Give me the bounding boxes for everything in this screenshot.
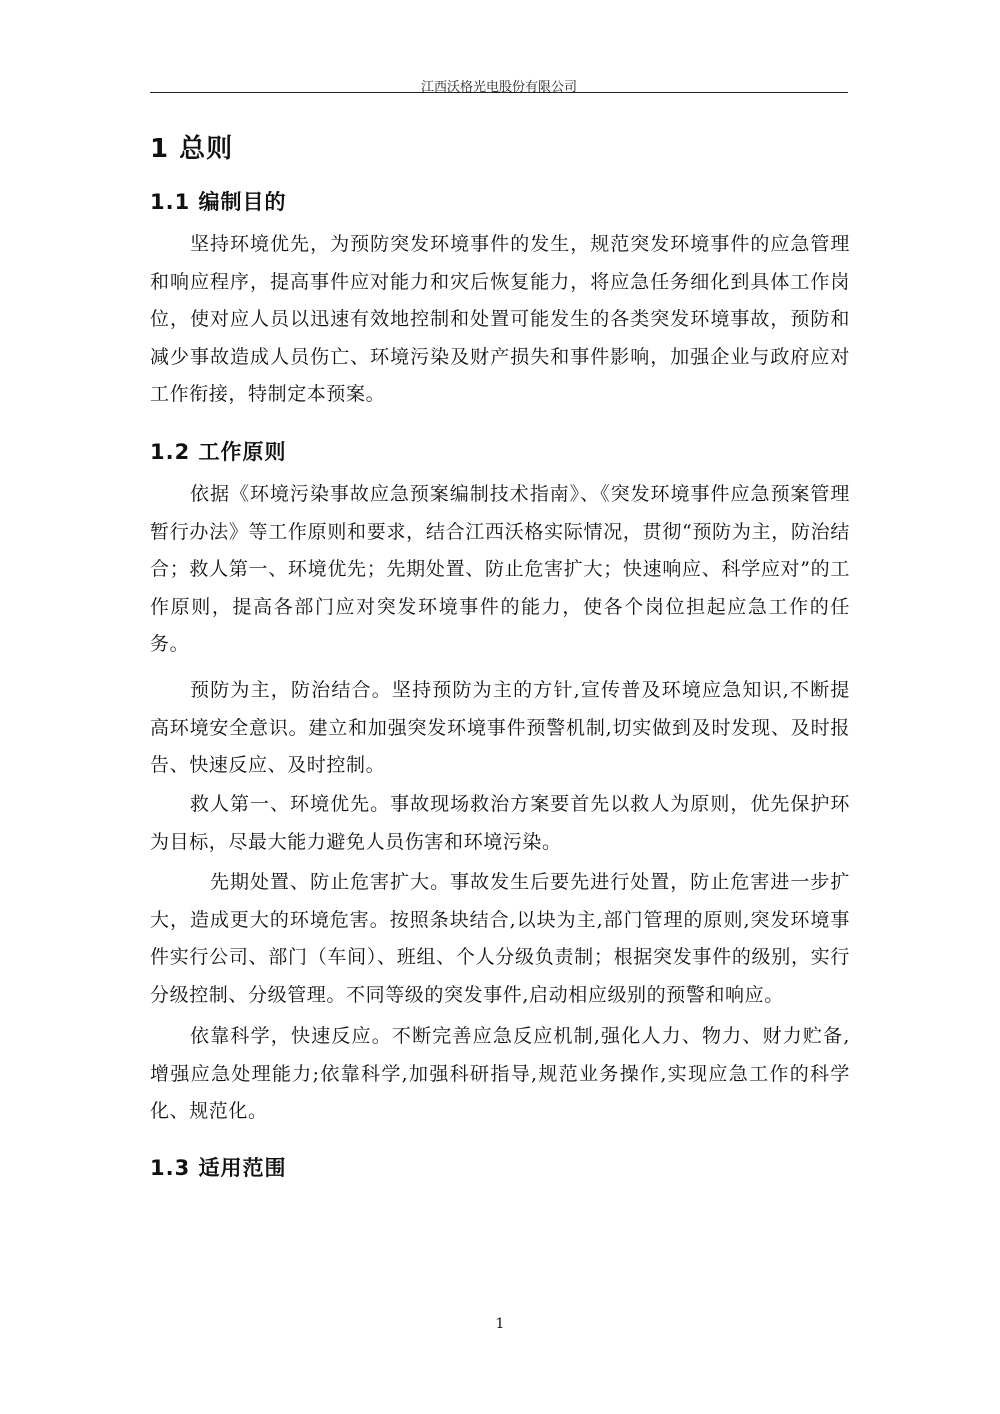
chapter-title: 1 总则 [150,128,233,165]
section-heading-1-1: 1.1 编制目的 [150,186,287,216]
paragraph-science: 依靠科学，快速反应。不断完善应急反应机制,强化人力、物力、财力贮备,增强应急处理… [150,1018,850,1131]
page-number: 1 [0,1316,1000,1332]
paragraph-prevention: 预防为主，防治结合。坚持预防为主的方针,宣传普及环境应急知识,不断提高环境安全意… [150,672,850,785]
paragraph-early-response: 先期处置、防止危害扩大。事故发生后要先进行处置，防止危害进一步扩大，造成更大的环… [150,864,850,1014]
paragraph-purpose: 坚持环境优先，为预防突发环境事件的发生，规范突发环境事件的应急管理和响应程序，提… [150,226,850,414]
section-heading-1-2: 1.2 工作原则 [150,436,287,466]
section-heading-1-3: 1.3 适用范围 [150,1152,287,1182]
header-rule [150,92,848,93]
paragraph-rescue-first: 救人第一、环境优先。事故现场救治方案要首先以救人为原则，优先保护环为目标，尽最大… [150,786,850,861]
paragraph-principles-intro: 依据《环境污染事故应急预案编制技术指南》、《突发环境事件应急预案管理暂行办法》等… [150,476,850,664]
